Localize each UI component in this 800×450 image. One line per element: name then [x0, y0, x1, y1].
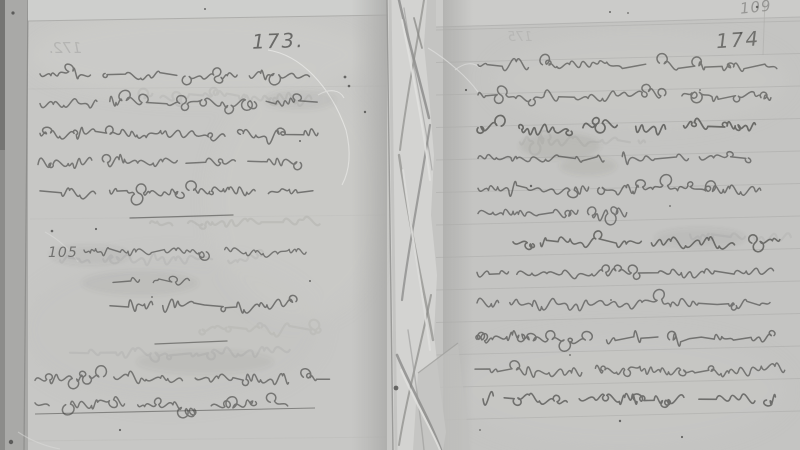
smudge [655, 228, 745, 248]
scan-image: 173. 172. 105 174 109 175 [0, 0, 800, 450]
speck [627, 12, 629, 14]
speck [9, 440, 13, 444]
entry-number: 105 [48, 245, 78, 261]
speck [699, 89, 701, 91]
speck [309, 280, 311, 282]
manuscript-photo: 173. 172. 105 174 109 175 [0, 0, 800, 450]
left-showthrough-number-group: 172. [48, 39, 81, 57]
left-showthrough-page-number: 172. [48, 39, 81, 57]
speck [348, 85, 351, 88]
speck [756, 6, 758, 8]
speck [740, 32, 742, 34]
speck [465, 89, 467, 91]
speck [530, 185, 532, 187]
speck [51, 230, 54, 233]
speck [151, 296, 153, 298]
speck [669, 205, 671, 207]
left-edge-sliver-dark [0, 0, 5, 150]
speck [299, 140, 301, 142]
smudge [137, 350, 273, 374]
speck [609, 11, 611, 13]
speck [344, 76, 347, 79]
speck [479, 429, 481, 431]
speck [619, 420, 621, 422]
right-showthrough-number-group: 175 [508, 30, 533, 45]
speck [394, 386, 399, 391]
smudge [520, 133, 600, 159]
speck [119, 429, 121, 431]
speck [204, 8, 206, 10]
right-showthrough-page-number: 175 [508, 30, 533, 45]
speck [569, 354, 571, 356]
left-page-number: 173. [252, 28, 305, 54]
speck [610, 299, 612, 301]
speck [95, 228, 97, 230]
speck [364, 111, 366, 113]
speck [681, 436, 683, 438]
speck [11, 11, 14, 14]
right-page-number: 174 [715, 26, 761, 53]
left-gutter-shadow [352, 0, 387, 450]
